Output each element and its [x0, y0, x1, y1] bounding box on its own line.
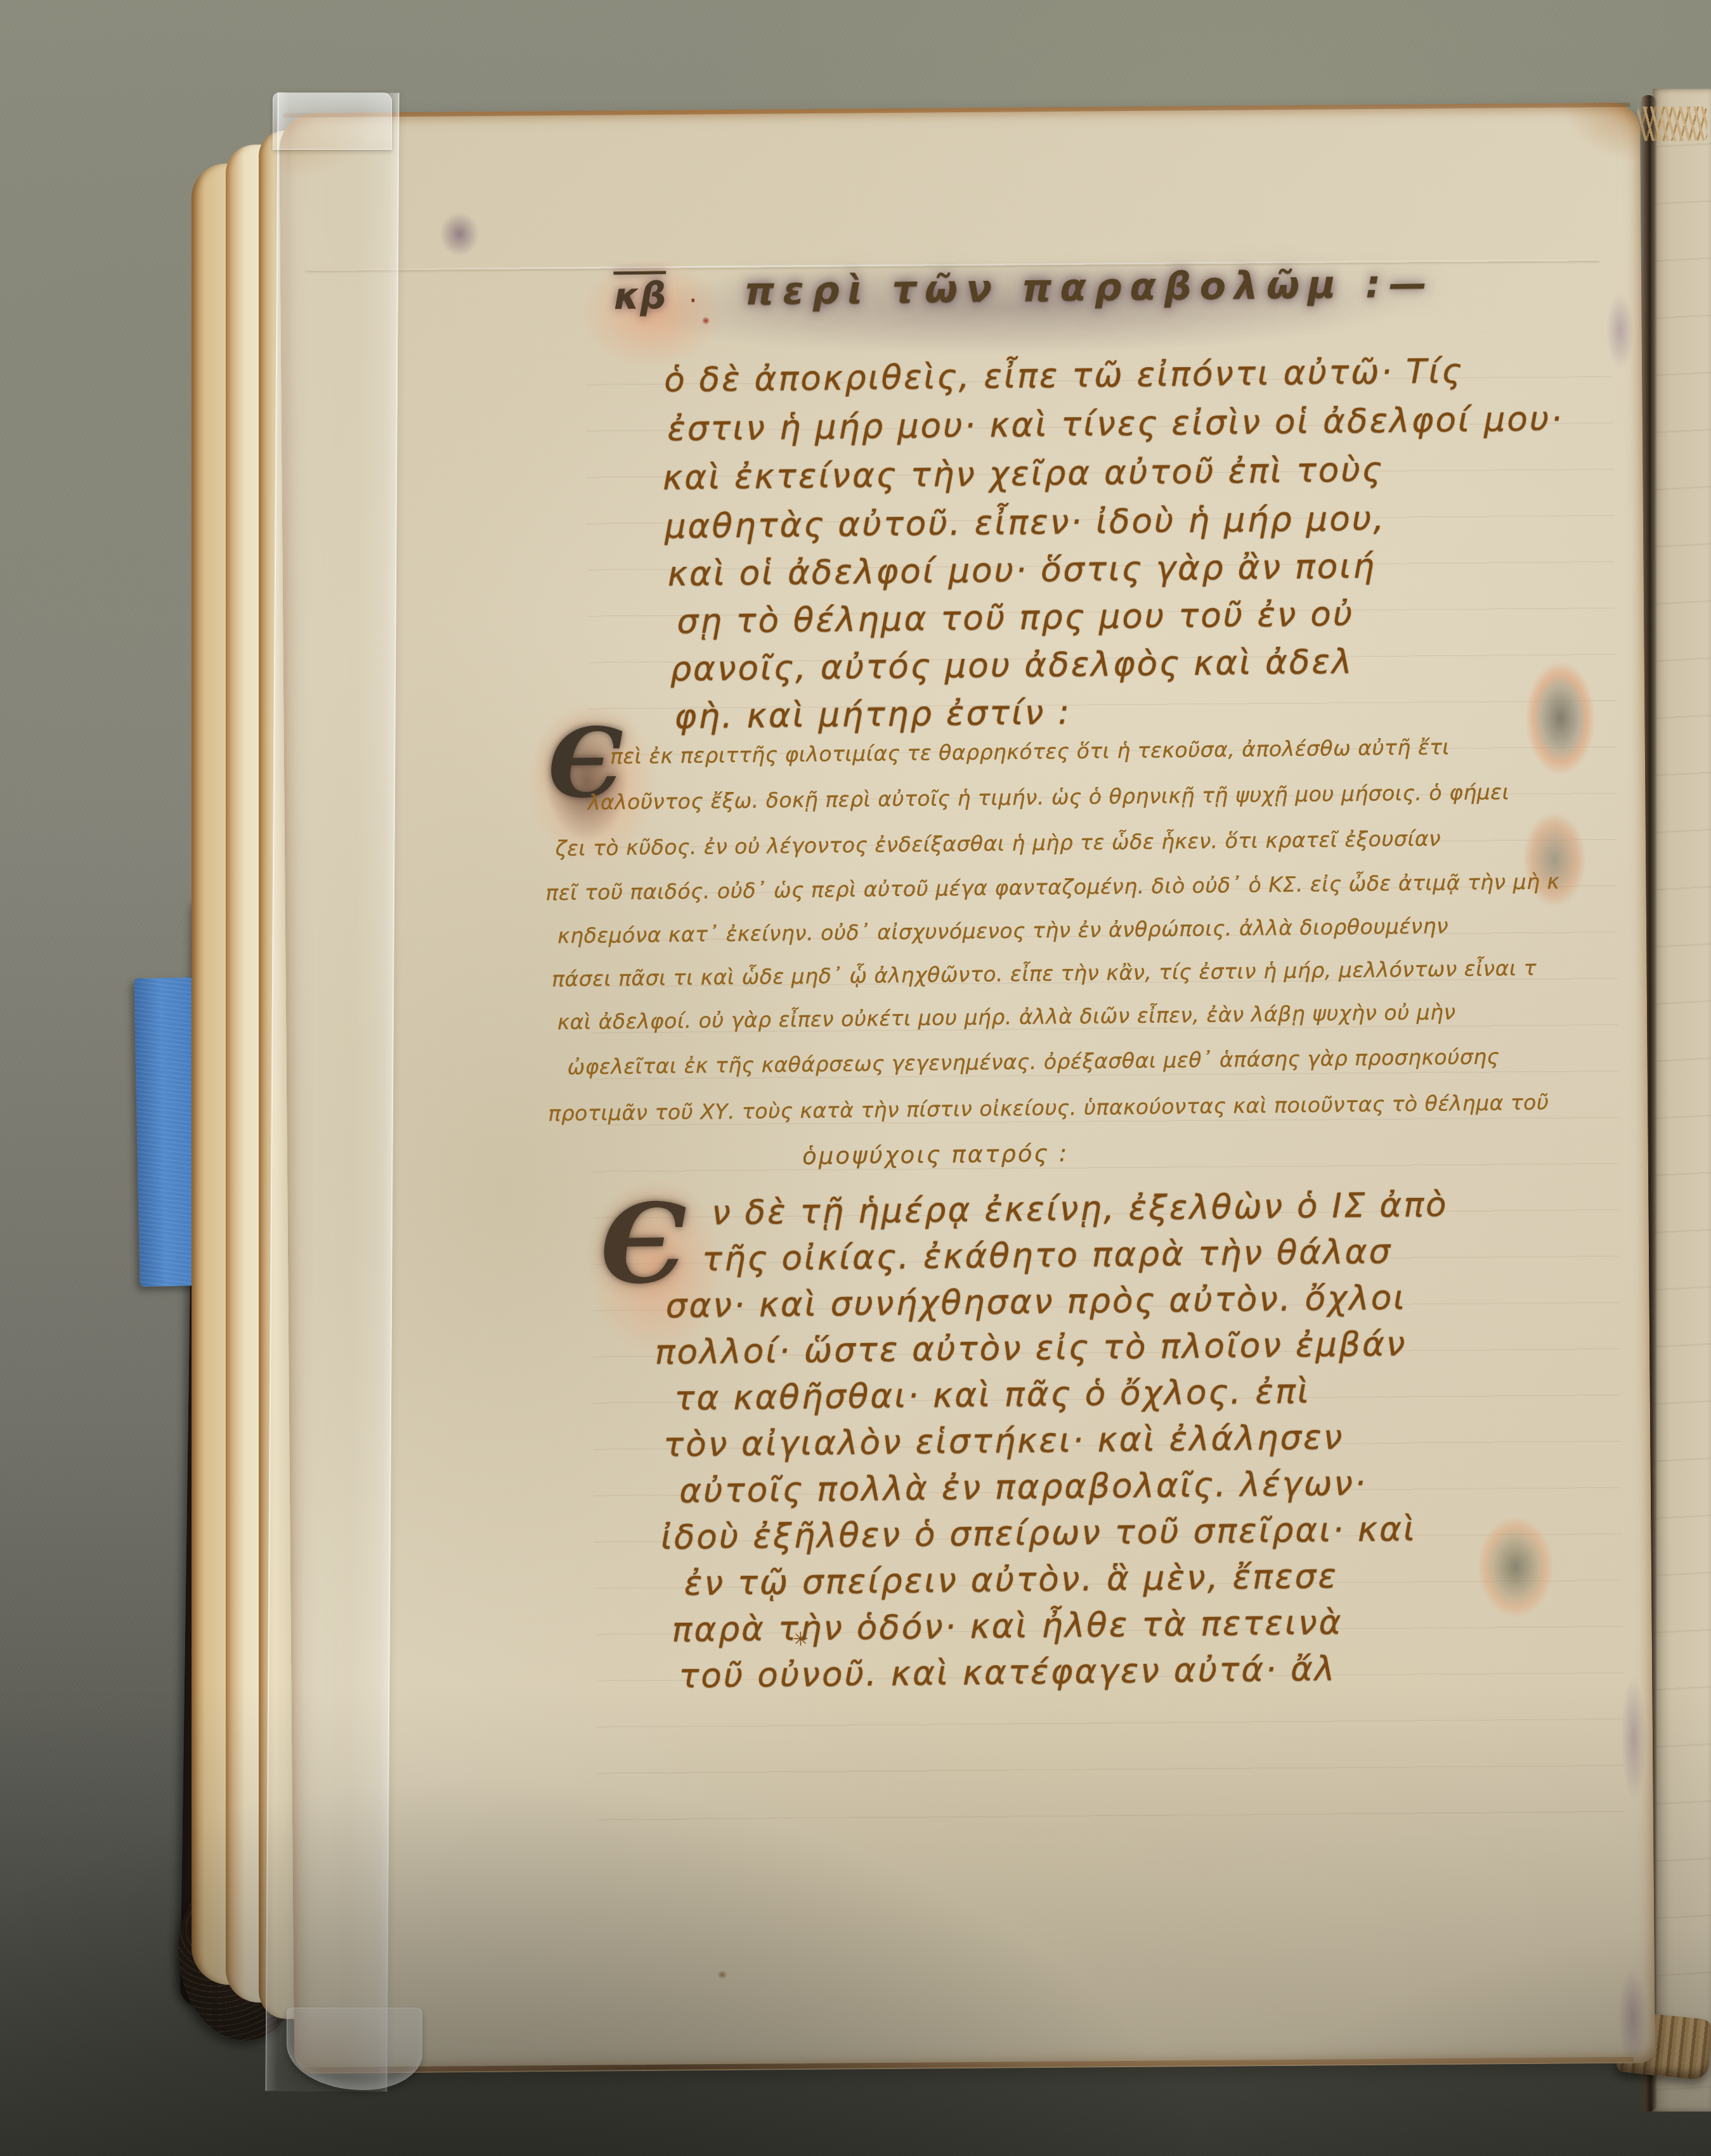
commentary-line: ὠφελεῖται ἐκ τῆς καθάρσεως γεγενημένας. … — [567, 1046, 1499, 1077]
manuscript-page: κβ · περὶ τῶν παραβολῶμ :— ὁ δὲ ἀποκριθε… — [279, 103, 1655, 2074]
plastic-film-strip — [265, 92, 399, 2091]
gospel-line: ρανοῖς, αὐτός μου ἀδελφὸς καὶ ἀδελ — [670, 645, 1353, 686]
gospel-line: καὶ οἱ ἀδελφοί μου· ὅστις γὰρ ἂν ποιή — [667, 550, 1376, 592]
gospel-drop-cap: Є — [600, 1189, 688, 1299]
frayed-threads-top — [1637, 107, 1707, 141]
gospel-line: ἰδοὺ ἐξῆλθεν ὁ σπείρων τοῦ σπεῖραι· καὶ — [661, 1512, 1417, 1555]
gospel-line: τὸν αἰγιαλὸν εἱστήκει· καὶ ἐλάλησεν — [663, 1420, 1344, 1462]
gospel-line: σῃ τὸ θέλημα τοῦ πρς μου τοῦ ἐν οὐ — [677, 597, 1354, 639]
plastic-film-fold-top — [273, 93, 392, 150]
commentary-closing-line: ὁμοψύχοις πατρός : — [802, 1141, 1069, 1168]
gospel-line: αὐτοῖς πολλὰ ἐν παραβολαῖς. λέγων· — [679, 1467, 1367, 1508]
gospel-line: ἐν τῷ σπείρειν αὐτὸν. ἃ μὲν, ἔπεσε — [684, 1559, 1339, 1601]
chapter-number: κβ — [613, 277, 666, 315]
commentary-line: ζει τὸ κῦδος. ἐν οὐ λέγοντος ἐνδείξασθαι… — [555, 828, 1441, 859]
commentary-line: προτιμᾶν τοῦ ΧΥ. τοὺς κατὰ τὴν πίστιν οἰ… — [548, 1092, 1549, 1124]
asterisk-margin-mark: ✳ — [793, 1630, 809, 1649]
gospel-line: σαν· καὶ συνήχθησαν πρὸς αὐτὸν. ὄχλοι — [666, 1281, 1407, 1323]
commentary-line: πεὶ ἐκ περιττῆς φιλοτιμίας τε θαρρηκότες… — [610, 736, 1450, 767]
gospel-line: καὶ ἐκτείνας τὴν χεῖρα αὐτοῦ ἐπὶ τοὺς — [663, 453, 1384, 495]
commentary-line: πάσει πᾶσι τι καὶ ὧδε μηδ᾽ ᾧ ἀληχθῶντο. … — [552, 958, 1537, 990]
facing-page-strip — [1653, 89, 1711, 2112]
gospel-line: παρὰ τὴν ὁδόν· καὶ ἦλθε τὰ πετεινὰ — [672, 1606, 1343, 1647]
commentary-line: κηδεμόνα κατ᾽ ἐκείνην. οὐδ᾽ αἰσχυνόμενος… — [557, 915, 1448, 946]
gospel-line: μαθητὰς αὐτοῦ. εἶπεν· ἰδοὺ ἡ μήρ μου, — [665, 502, 1386, 543]
gospel-line: τα καθῆσθαι· καὶ πᾶς ὁ ὄχλος. ἐπὶ — [674, 1375, 1311, 1415]
gospel-line: τῆς οἰκίας. ἐκάθητο παρὰ τὴν θάλασ — [702, 1235, 1393, 1276]
gospel-line: ὁ δὲ ἀποκριθεὶς, εἶπε τῶ εἰπόντι αὐτῶ· Τ… — [664, 354, 1464, 397]
facing-page-wrinkles — [1653, 89, 1711, 2112]
commentary-line: πεῖ τοῦ παιδός. οὐδ᾽ ὡς περὶ αὐτοῦ μέγα … — [545, 871, 1559, 903]
text-layer: κβ · περὶ τῶν παραβολῶμ :— ὁ δὲ ἀποκριθε… — [276, 100, 1659, 2076]
commentary-line: λαλοῦντος ἔξω. δοκῇ περὶ αὐτοῖς ἡ τιμήν.… — [588, 781, 1510, 812]
gospel-line: ἐστιν ἡ μήρ μου· καὶ τίνες εἰσὶν οἱ ἀδελ… — [667, 402, 1564, 446]
gospel-line: πολλοί· ὥστε αὐτὸν εἰς τὸ πλοῖον ἐμβάν — [654, 1327, 1407, 1369]
gospel-line: τοῦ οὐνοῦ. καὶ κατέφαγεν αὐτά· ἄλ — [679, 1652, 1336, 1693]
heading-dot: · — [689, 287, 698, 315]
gospel-line: ν δὲ τῇ ἡμέρᾳ ἐκείνῃ, ἐξελθὼν ὁ ΙΣ ἀπὸ — [712, 1188, 1448, 1230]
gospel-line: φὴ. καὶ μήτηρ ἐστίν : — [674, 696, 1071, 734]
photo-of-manuscript: κβ · περὶ τῶν παραβολῶμ :— ὁ δὲ ἀποκριθε… — [0, 0, 1711, 2156]
commentary-line: καὶ ἀδελφοί. οὐ γὰρ εἶπεν οὐκέτι μου μήρ… — [557, 1001, 1456, 1032]
chapter-title: περὶ τῶν παραβολῶμ :— — [744, 265, 1435, 311]
